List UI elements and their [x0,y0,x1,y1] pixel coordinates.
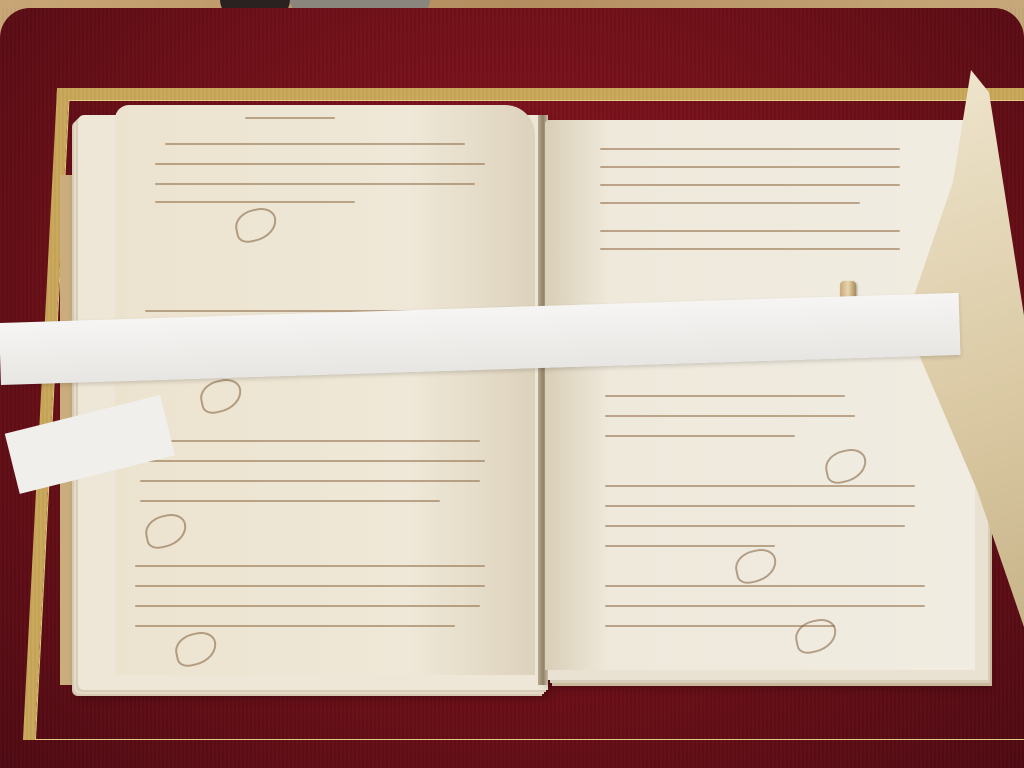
signature-mark [197,376,245,416]
signature-mark [172,629,220,669]
manuscript-book [60,95,1000,695]
signature-mark [792,616,840,656]
signature-mark [822,446,870,486]
signature-mark [232,205,280,245]
left-page [115,105,535,675]
signature-mark [732,546,780,586]
signature-mark [142,511,190,551]
right-page [545,120,975,670]
